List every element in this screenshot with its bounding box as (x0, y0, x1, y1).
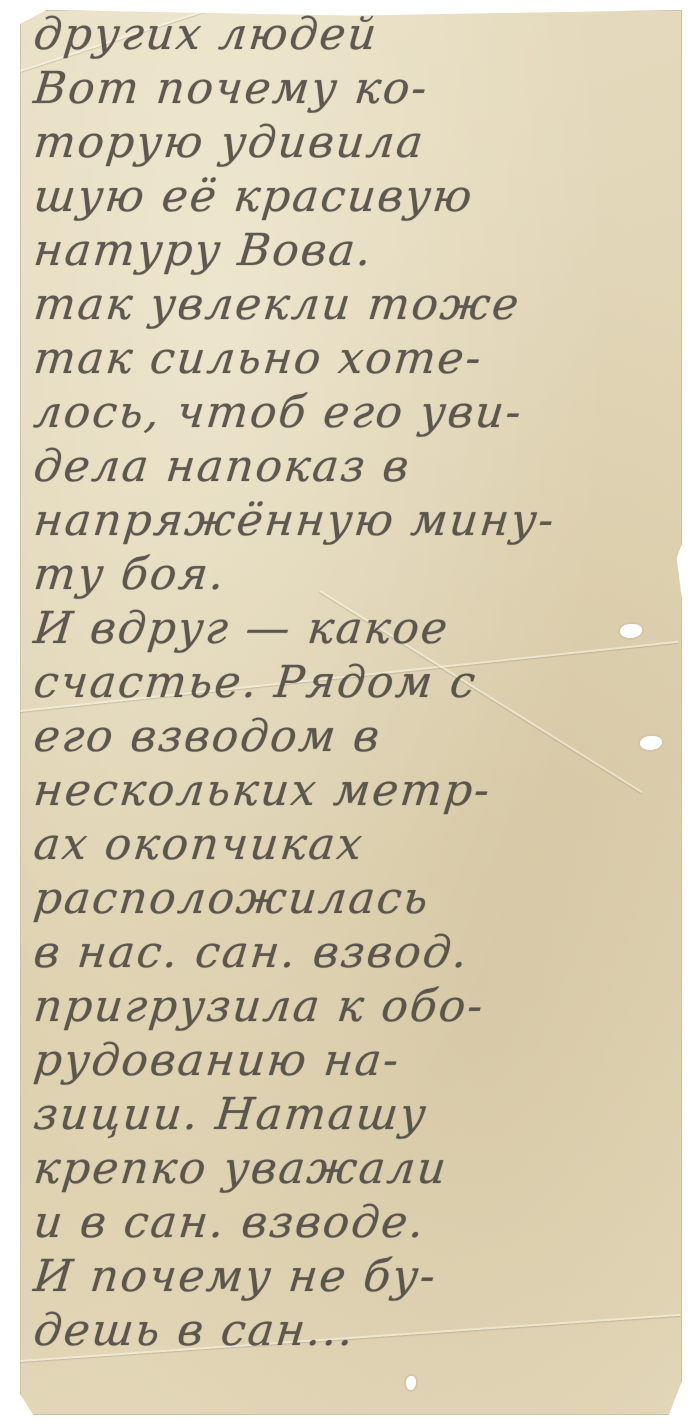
text-line: шую её красивую (31, 170, 677, 224)
text-line: пригрузила к обо- (31, 980, 677, 1034)
text-line: так увлекли тоже (31, 278, 677, 332)
text-line: нескольких метр- (31, 764, 677, 818)
text-line: И вдруг — какое (31, 602, 677, 656)
text-line: ту боя. (31, 548, 677, 602)
text-line: его взводом в (31, 710, 677, 764)
handwritten-text: других людей Вот почему ко- торую удивил… (34, 8, 674, 1358)
text-line: ах окопчиках (31, 818, 677, 872)
text-line: и в сан. взводе. (31, 1196, 677, 1250)
text-line: в нас. сан. взвод. (31, 926, 677, 980)
text-line: натуру Вова. (31, 224, 677, 278)
text-line: напряжённую мину- (31, 494, 677, 548)
text-line: других людей (31, 8, 677, 62)
text-line: Вот почему ко- (31, 62, 677, 116)
text-line: лось, чтоб его уви- (31, 386, 677, 440)
text-line: И почему не бу- (31, 1250, 677, 1304)
text-line: расположилась (31, 872, 677, 926)
text-line: счастье. Рядом с (31, 656, 677, 710)
text-line: зиции. Наташу (31, 1088, 677, 1142)
text-line: дела напоказ в (31, 440, 677, 494)
text-line: торую удивила (31, 116, 677, 170)
text-line: дешь в сан... (31, 1304, 677, 1358)
text-line: крепко уважали (31, 1142, 677, 1196)
text-line: так сильно хоте- (31, 332, 677, 386)
text-line: рудованию на- (31, 1034, 677, 1088)
